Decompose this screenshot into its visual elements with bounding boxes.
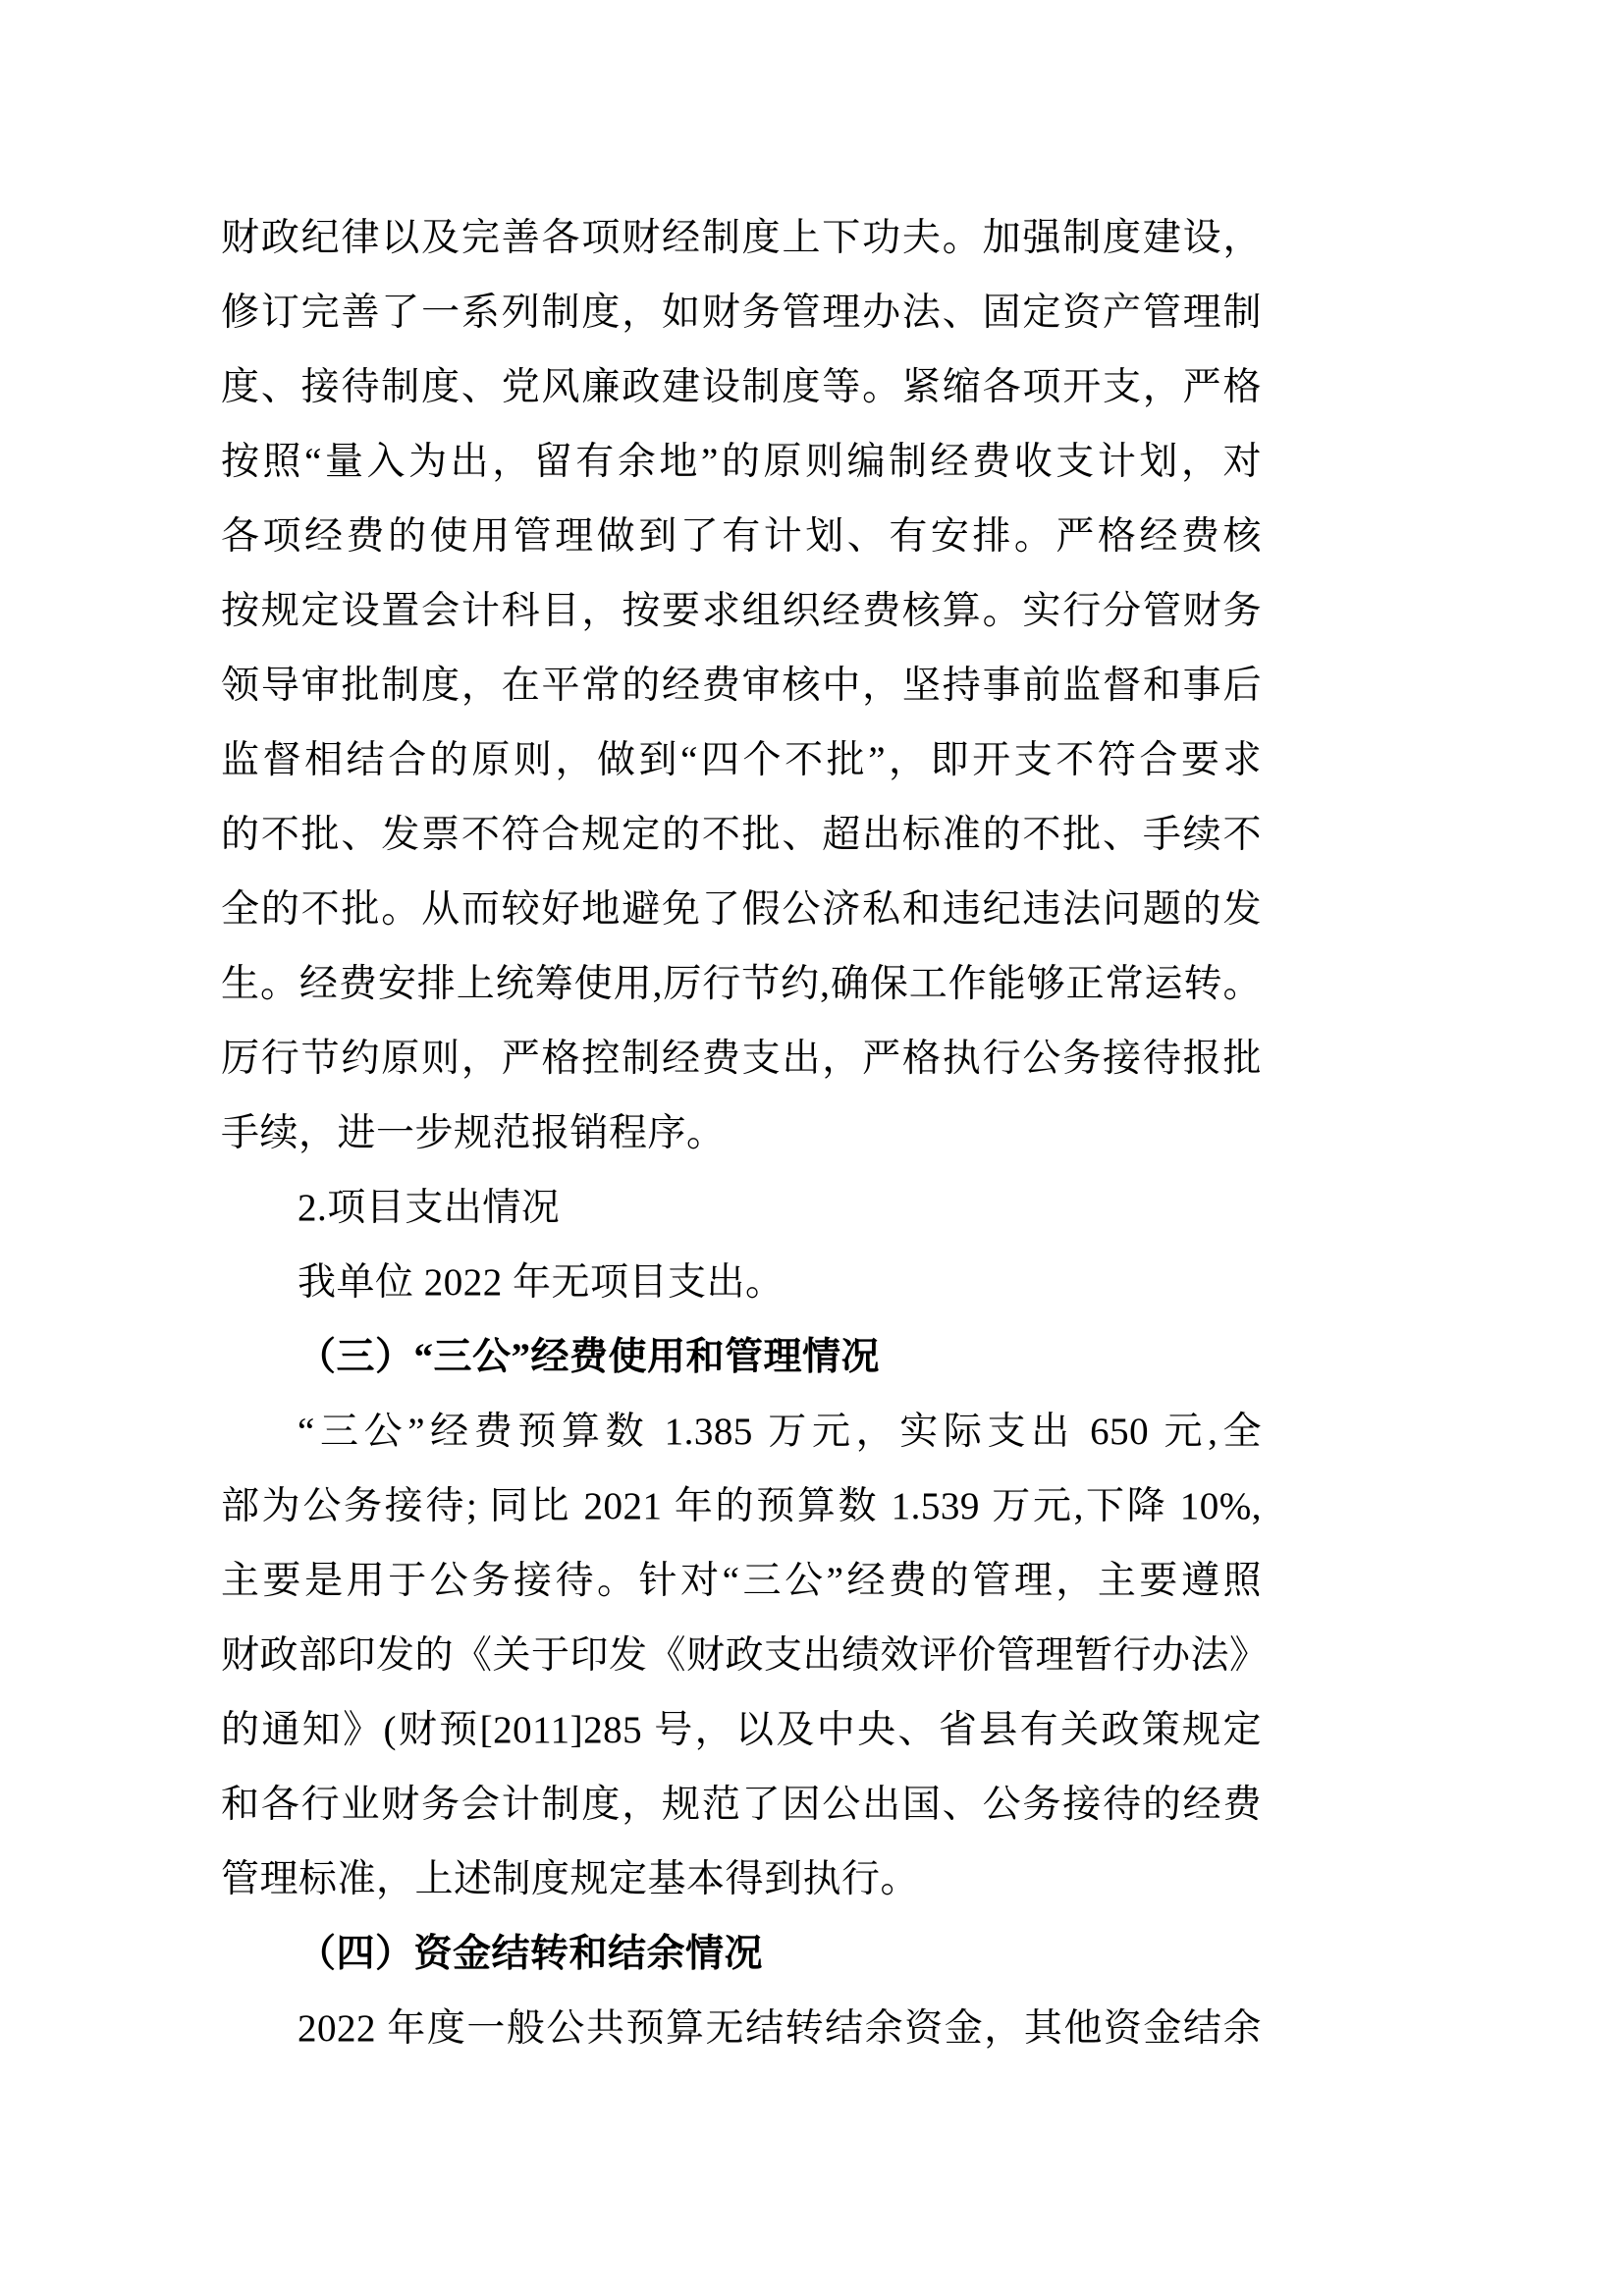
text-line: 生。经费安排上统筹使用,厉行节约,确保工作能够正常运转。 bbox=[221, 947, 1262, 1022]
text-line: 财政纪律以及完善各项财经制度上下功夫。加强制度建设， bbox=[221, 201, 1262, 276]
text-line: 的通知》(财预[2011]285 号，以及中央、省县有关政策规定 bbox=[221, 1693, 1262, 1768]
text-line: 厉行节约原则，严格控制经费支出，严格执行公务接待报批 bbox=[221, 1022, 1262, 1096]
text-line: 财政部印发的《关于印发《财政支出绩效评价管理暂行办法》 bbox=[221, 1619, 1262, 1693]
text-line: 2.项目支出情况 bbox=[221, 1171, 1262, 1246]
section-heading: （四）资金结转和结余情况 bbox=[221, 1917, 1262, 1992]
text-line: 按照“量入为出，留有余地”的原则编制经费收支计划，对 bbox=[221, 425, 1262, 500]
text-line: 全的不批。从而较好地避免了假公济私和违纪违法问题的发 bbox=[221, 873, 1262, 947]
text-line: 手续，进一步规范报销程序。 bbox=[221, 1096, 1262, 1171]
text-line: 各项经费的使用管理做到了有计划、有安排。严格经费核算， bbox=[221, 500, 1262, 574]
text-line: 我单位 2022 年无项目支出。 bbox=[221, 1246, 1262, 1320]
document-body: 财政纪律以及完善各项财经制度上下功夫。加强制度建设，修订完善了一系列制度，如财务… bbox=[221, 201, 1262, 2066]
text-line: 和各行业财务会计制度，规范了因公出国、公务接待的经费 bbox=[221, 1768, 1262, 1842]
text-line: 修订完善了一系列制度，如财务管理办法、固定资产管理制 bbox=[221, 276, 1262, 350]
text-line: 主要是用于公务接待。针对“三公”经费的管理，主要遵照 bbox=[221, 1544, 1262, 1619]
text-line: “三公”经费预算数 1.385 万元，实际支出 650 元,全 bbox=[221, 1395, 1262, 1469]
text-line: 2022 年度一般公共预算无结转结余资金，其他资金结余 bbox=[221, 1992, 1262, 2066]
document-page: 财政纪律以及完善各项财经制度上下功夫。加强制度建设，修订完善了一系列制度，如财务… bbox=[0, 0, 1624, 2296]
text-line: 部为公务接待; 同比 2021 年的预算数 1.539 万元,下降 10%, bbox=[221, 1469, 1262, 1544]
text-line: 领导审批制度，在平常的经费审核中，坚持事前监督和事后 bbox=[221, 649, 1262, 723]
text-line: 的不批、发票不符合规定的不批、超出标准的不批、手续不 bbox=[221, 798, 1262, 873]
text-line: 监督相结合的原则，做到“四个不批”，即开支不符合要求 bbox=[221, 723, 1262, 798]
text-line: 度、接待制度、党风廉政建设制度等。紧缩各项开支，严格 bbox=[221, 350, 1262, 425]
text-line: 管理标准，上述制度规定基本得到执行。 bbox=[221, 1842, 1262, 1917]
section-heading: （三）“三公”经费使用和管理情况 bbox=[221, 1320, 1262, 1395]
text-line: 按规定设置会计科目，按要求组织经费核算。实行分管财务 bbox=[221, 574, 1262, 649]
